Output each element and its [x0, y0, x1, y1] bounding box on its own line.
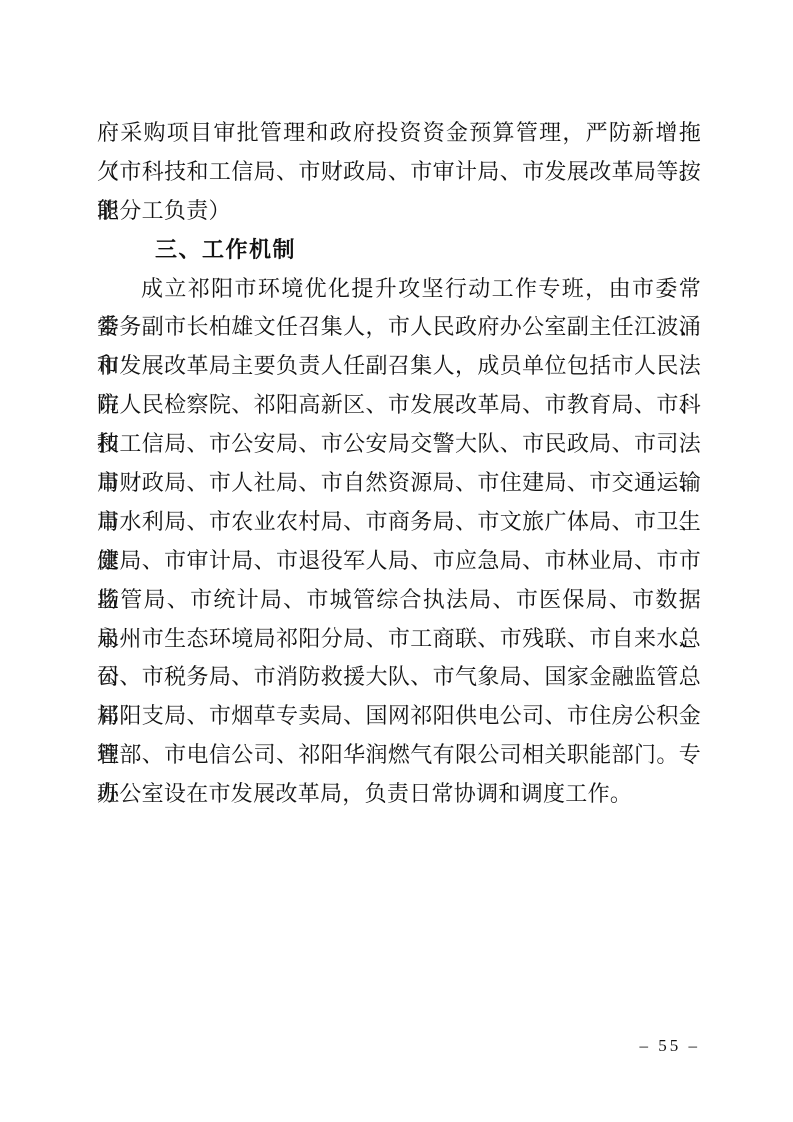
body-line: 祁阳支局、市烟草专卖局、国网祁阳供电公司、市住房公积金管: [97, 697, 701, 736]
body-line: 常务副市长柏雄文任召集人，市人民政府办公室副主任江波涌和: [97, 308, 701, 347]
body-line: 司、市税务局、市消防救援大队、市气象局、国家金融监管总局: [97, 658, 701, 697]
body-line: 府采购项目审批管理和政府投资资金预算管理，严防新增拖欠。: [97, 114, 701, 153]
document-body: 府采购项目审批管理和政府投资资金预算管理，严防新增拖欠。 （市科技和工信局、市财…: [97, 114, 701, 814]
body-line: 理部、市电信公司、祁阳华润燃气有限公司相关职能部门。专班: [97, 736, 701, 775]
page-number: – 55 –: [640, 1036, 701, 1056]
body-line: 成立祁阳市环境优化提升攻坚行动工作专班，由市委常委、: [97, 270, 701, 309]
body-line: 康局、市审计局、市退役军人局、市应急局、市林业局、市市场: [97, 542, 701, 581]
body-line: 监管局、市统计局、市城管综合执法局、市医保局、市数据局、: [97, 581, 701, 620]
section-heading: 三、工作机制: [97, 231, 701, 270]
body-line: 永州市生态环境局祁阳分局、市工商联、市残联、市自来水总公: [97, 620, 701, 659]
body-line: 市人民检察院、祁阳高新区、市发展改革局、市教育局、市科技: [97, 386, 701, 425]
body-line: 市财政局、市人社局、市自然资源局、市住建局、市交通运输局、: [97, 464, 701, 503]
body-line: 能分工负责）: [97, 192, 701, 231]
body-line: 和工信局、市公安局、市公安局交警大队、市民政局、市司法局、: [97, 425, 701, 464]
body-line: （市科技和工信局、市财政局、市审计局、市发展改革局等按职: [97, 153, 701, 192]
body-line: 市水利局、市农业农村局、市商务局、市文旅广体局、市卫生健: [97, 503, 701, 542]
body-line: 办公室设在市发展改革局，负责日常协调和调度工作。: [97, 775, 701, 814]
body-line: 市发展改革局主要负责人任副召集人，成员单位包括市人民法院、: [97, 347, 701, 386]
document-page: 府采购项目审批管理和政府投资资金预算管理，严防新增拖欠。 （市科技和工信局、市财…: [0, 0, 793, 1122]
